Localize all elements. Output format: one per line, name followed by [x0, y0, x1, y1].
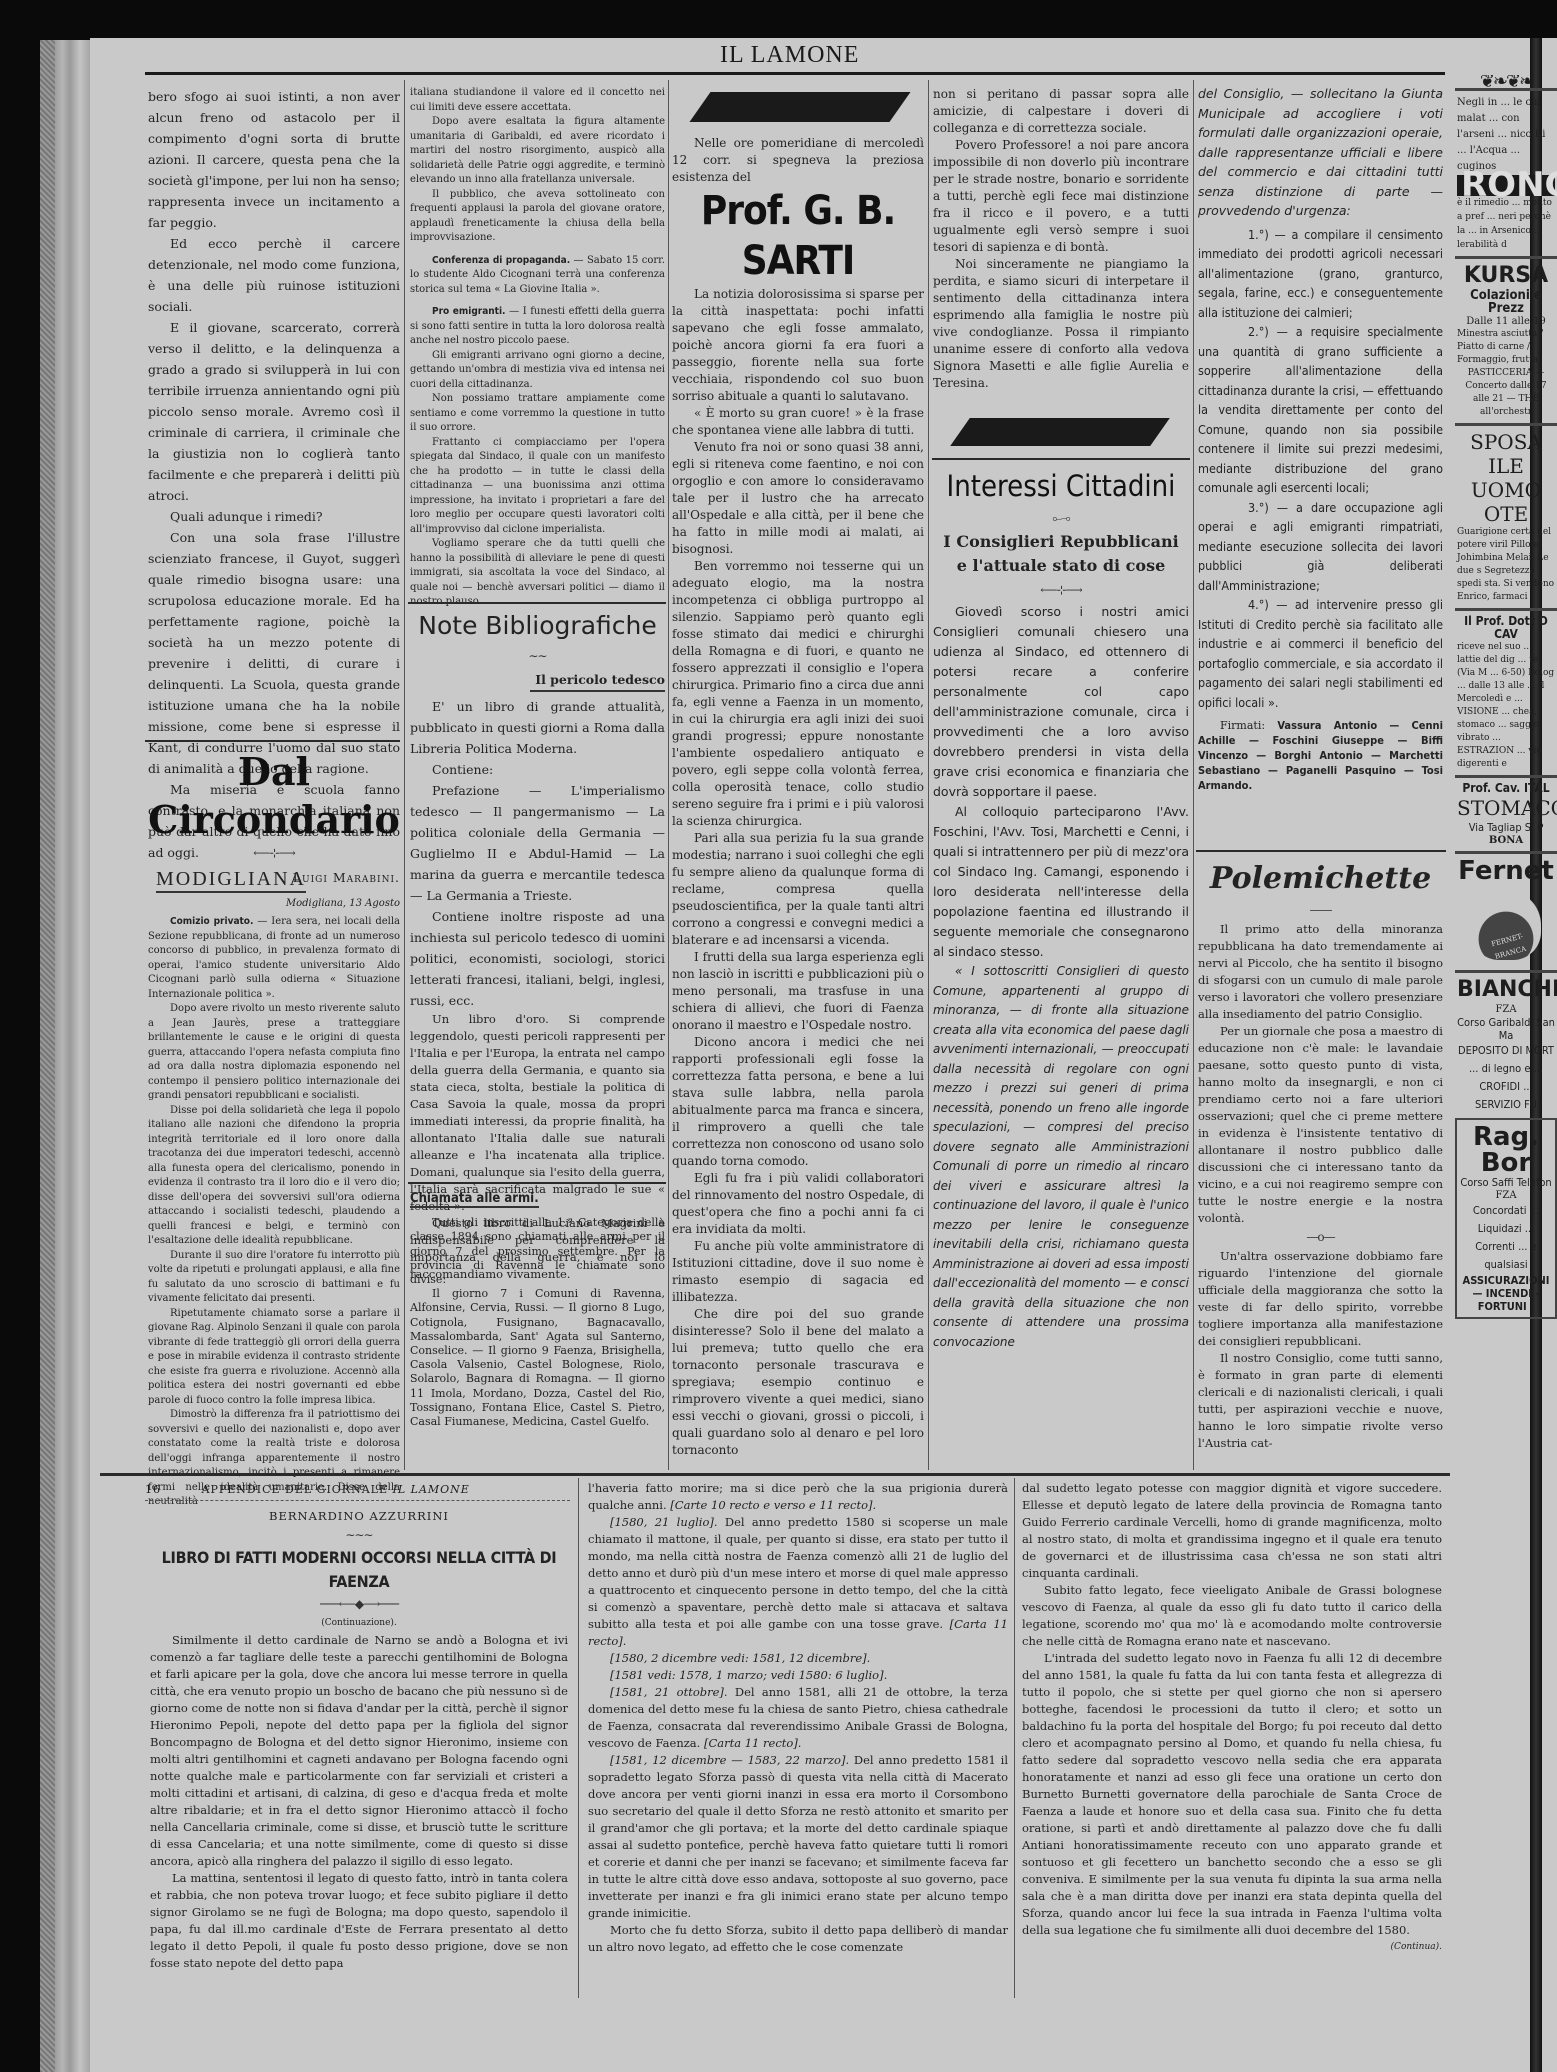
memorial-point: 1.°) — a compilare il censimento immedia…	[1198, 225, 1443, 323]
appendix-column-2: l'haveria fatto morire; ma si dice però …	[588, 1480, 1008, 1956]
ad-stomacotes: Prof. Cav. ITAL STOMACOTES Via Tagliap S…	[1455, 775, 1557, 851]
page-number: 16	[145, 1483, 161, 1496]
ad-line: Dalle 11 alle 19	[1457, 315, 1555, 328]
chronicle-entry: [1581, 21 ottobre]. Del anno 1581, alli …	[588, 1684, 1008, 1752]
paragraph: Disse poi della solidarietà che lega il …	[148, 1104, 400, 1249]
entry-date: [1580, 21 luglio].	[610, 1515, 718, 1529]
section-title: Chiamata alle armi.	[410, 1192, 539, 1208]
column-divider	[578, 1478, 579, 1998]
eagle-globe-icon: FERNET-BRANCA	[1471, 890, 1541, 960]
ad-fernet: Fernet FERNET-BRANCA	[1455, 851, 1557, 970]
paragraph: Dopo avere esaltata la figura altamente …	[410, 115, 665, 188]
section-title: Interessi Cittadini	[933, 466, 1189, 506]
paragraph: Comizio privato. — Iera sera, nei locali…	[148, 915, 400, 1002]
paragraph: Contiene inoltre risposte ad una inchies…	[410, 906, 665, 1011]
paragraph: Un libro d'oro. Si comprende leggendolo,…	[410, 1011, 665, 1215]
section-rule	[145, 740, 400, 742]
paragraph: l'haveria fatto morire; ma si dice però …	[588, 1480, 1008, 1514]
continua-label: (Continua).	[1022, 1939, 1442, 1956]
ad-subtitle: FZA	[1457, 1003, 1555, 1016]
ornament-header: ❦❧❦❧	[1455, 75, 1557, 88]
paragraph: Venuto fra noi or sono quasi 38 anni, eg…	[672, 439, 924, 558]
ad-body: Concordati ... Liquidazi ... Correnti ..…	[1459, 1202, 1553, 1274]
ad-subtitle: UOMO OTE	[1457, 478, 1555, 526]
ad-subtitle: FZA	[1459, 1189, 1553, 1202]
paragraph: Che dire poi del suo grande disinteresse…	[672, 1306, 924, 1459]
column-divider	[668, 80, 669, 1470]
paragraph: Nelle ore pomeridiane di mercoledì 12 co…	[672, 135, 924, 186]
interessi-section: Interessi Cittadini ⟜⊸ I Consiglieri Rep…	[933, 466, 1189, 1352]
entry-date: [1581, 21 ottobre].	[610, 1685, 728, 1699]
paragraph: Ripetutamente chiamato sorse a parlare i…	[148, 1307, 400, 1409]
mourning-ribbon	[950, 418, 1170, 446]
ad-sposa: SPOSA ILE UOMO OTE Guarigione certa del …	[1455, 423, 1557, 608]
ad-rag-bor: Rag. Bor Corso Saffi Telefon FZA Concord…	[1455, 1118, 1557, 1319]
paragraph: Conferenza di propaganda. — Sabato 15 co…	[410, 254, 665, 298]
paragraph: La notizia dolorosissima si sparse per l…	[672, 286, 924, 405]
ad-extra: ASSICURAZIONI — INCENDI - FORTUNI -	[1459, 1274, 1553, 1313]
appendix-paper-name: IL LAMONE	[393, 1483, 470, 1496]
paragraph: Il nostro Consiglio, come tutti sanno, è…	[1198, 1350, 1443, 1452]
appendix-header: 16 APPENDICE DEL GIORNALE IL LAMONE	[145, 1483, 585, 1496]
author: BERNARDINO AZZURRINI	[150, 1508, 568, 1525]
lead-in: Comizio privato.	[170, 916, 253, 927]
ad-extra: BONA	[1457, 834, 1555, 847]
paragraph: italiana studiandone il valore ed il con…	[410, 86, 665, 115]
obituary-name: Prof. G. B. SARTI	[672, 186, 924, 286]
paragraph: L'intrada del sudetto legato novo in Fae…	[1022, 1650, 1442, 1939]
ad-title: Rag. Bor	[1459, 1124, 1553, 1176]
separator: —o—	[1198, 1229, 1443, 1246]
section-subtitle: Il pericolo tedesco	[530, 669, 665, 692]
reference: [Carte 10 recto e verso e 11 recto].	[670, 1498, 876, 1512]
ad-body: Via Tagliap S. P	[1457, 821, 1555, 834]
header-rule	[145, 72, 1445, 75]
paragraph: I frutti della sua larga esperienza egli…	[672, 949, 924, 1034]
paragraph: Ben vorremmo noi tesserne qui un adeguat…	[672, 558, 924, 830]
paragraph: bero sfogo ai suoi istinti, a non aver a…	[148, 86, 400, 233]
appendix-header-rule	[145, 1500, 570, 1503]
entry-date: [1581 vedi: 1578, 1 marzo; vedi 1580: 6 …	[610, 1668, 887, 1682]
ad-title: KURSA	[1457, 263, 1555, 289]
paragraph: Quali adunque i rimedi?	[148, 506, 400, 527]
column-5-memorial: del Consiglio, — sollecitano la Giunta M…	[1198, 84, 1443, 793]
chiamata-section: Chiamata alle armi. Tutti gli inscritti …	[410, 1192, 665, 1429]
paragraph: Subito fatto legato, fece vieeligato Ani…	[1022, 1582, 1442, 1650]
chronicle-entry: Morto che fu detto Sforza, subito il det…	[588, 1922, 1008, 1956]
ornament: ⟵⊹⟶	[933, 580, 1189, 600]
chronicle-entry: [1580, 2 dicembre vedi: 1581, 12 dicembr…	[588, 1650, 1008, 1667]
appendix-column-3: dal sudetto legato potesse con maggior d…	[1022, 1480, 1442, 1956]
section-title: Dal Circondario	[148, 748, 400, 844]
entry-date: [1581, 12 dicembre — 1583, 22 marzo].	[610, 1753, 849, 1767]
appendix-column-1: BERNARDINO AZZURRINI ∼∼∼ LIBRO DI FATTI …	[150, 1508, 568, 1972]
section-title: Polemichette	[1198, 858, 1443, 900]
section-rule	[932, 458, 1190, 460]
paragraph-text: — Iera sera, nei locali della Sezione re…	[148, 916, 400, 1000]
ad-title: Prof. Cav. ITAL	[1457, 782, 1555, 795]
section-subtitle: e l'attuale stato di cose	[933, 554, 1189, 578]
reference: [Carta 11 recto].	[704, 1736, 802, 1750]
paragraph: Il pubblico, che aveva sottolineato con …	[410, 188, 665, 246]
ornament: ⟜⊸	[933, 508, 1189, 528]
binding-edge	[40, 40, 55, 2072]
masthead: IL LAMONE	[720, 42, 859, 69]
ad-line: Corso Garibaldi San Ma	[1457, 1016, 1555, 1042]
column-divider	[1193, 80, 1194, 1470]
lead-in: Conferenza di propaganda.	[432, 255, 570, 266]
dateline: Modigliana, 13 Agosto	[148, 897, 400, 912]
paragraph: Il primo atto della minoranza repubblica…	[1198, 921, 1443, 1023]
ad-line: Corso Saffi Telefon	[1459, 1176, 1553, 1189]
sarti-obituary: Nelle ore pomeridiane di mercoledì 12 co…	[672, 135, 924, 1459]
polemichette-section: Polemichette —— Il primo atto della mino…	[1198, 858, 1443, 1452]
section-subtitle: I Consiglieri Repubblicani	[933, 530, 1189, 554]
chronicle-entry: [1581, 12 dicembre — 1583, 22 marzo]. De…	[588, 1752, 1008, 1922]
section-title: Note Bibliografiche	[410, 608, 665, 644]
ad-extra: PASTICCERIA — Concerto dalle 17 alle 21 …	[1457, 367, 1555, 419]
chronicle-entry: [1581 vedi: 1578, 1 marzo; vedi 1580: 6 …	[588, 1667, 1008, 1684]
paragraph: Egli fu fra i più validi collaboratori d…	[672, 1170, 924, 1238]
paragraph: Contiene:	[410, 759, 665, 780]
paragraph: dal sudetto legato potesse con maggior d…	[1022, 1480, 1442, 1582]
paragraph: Al colloquio parteciparono l'Avv. Foschi…	[933, 802, 1189, 962]
paragraph: Fu anche più volte amministratore di Ist…	[672, 1238, 924, 1306]
column-divider	[404, 80, 405, 1470]
memorial-point: 3.°) — a dare occupazione agli operai e …	[1198, 498, 1443, 596]
paragraph: Povero Professore! a noi pare ancora imp…	[933, 137, 1189, 256]
serial-title: LIBRO DI FATTI MODERNI OCCORSI NELLA CIT…	[150, 1546, 568, 1594]
paragraph: Dicono ancora i medici che nei rapporti …	[672, 1034, 924, 1170]
ad-title: Fernet	[1457, 858, 1555, 884]
ad-title: RONG	[1457, 175, 1555, 196]
paragraph: Non possiamo trattare ampiamente come se…	[410, 392, 665, 436]
paragraph: Il giorno 7 i Comuni di Ravenna, Alfonsi…	[410, 1287, 665, 1429]
ad-title: BIANCHI	[1457, 977, 1555, 1003]
town-heading: MODIGLIANA	[156, 867, 306, 893]
ad-subtitle: Colazioni e Prezz	[1457, 289, 1555, 315]
paragraph: Un'altra osservazione dobbiamo fare rigu…	[1198, 1248, 1443, 1350]
memorial-point: 4.°) — ad intervenire presso gli Istitut…	[1198, 595, 1443, 712]
memorial-point: 2.°) — a requisire specialmente una quan…	[1198, 322, 1443, 498]
ad-subtitle: STOMACOTES	[1457, 795, 1555, 821]
entry-date: [1580, 2 dicembre vedi: 1581, 12 dicembr…	[610, 1651, 870, 1665]
ad-body: Minestra asciutta / Piatto di carne / Fo…	[1457, 328, 1555, 367]
paragraph: Ed ecco perchè il carcere detenzionale, …	[148, 233, 400, 317]
column-divider	[928, 80, 929, 1470]
ad-kursaal: KURSA Colazioni e Prezz Dalle 11 alle 19…	[1455, 256, 1557, 423]
paragraph: Pari alla sua perizia fu la sua grande m…	[672, 830, 924, 949]
ad-title: Il Prof. Dott O CAV	[1457, 615, 1555, 641]
paragraph: Noi sinceramente ne piangiamo la perdita…	[933, 256, 1189, 392]
paragraph: Vogliamo sperare che da tutti quelli che…	[410, 537, 665, 610]
paragraph: Prefazione — L'imperialismo tedesco — Il…	[410, 780, 665, 906]
paragraph: Gli emigranti arrivano ogni giorno a dec…	[410, 349, 665, 393]
paragraph: Frattanto ci compiacciamo per l'opera sp…	[410, 436, 665, 538]
memorial-text: del Consiglio, — sollecitano la Giunta M…	[1198, 84, 1443, 221]
section-rule	[1196, 850, 1446, 852]
lead-in: Pro emigranti.	[432, 306, 505, 317]
continuation: (Continuazione).	[150, 1615, 568, 1632]
appendix-label: APPENDICE DEL GIORNALE	[202, 1483, 389, 1496]
section-rule	[408, 1182, 666, 1184]
ad-rong: Negli in ... le cui malat ... con l'arse…	[1455, 88, 1557, 256]
ad-body: Guarigione certa del potere viril Pillol…	[1457, 526, 1555, 604]
section-rule	[408, 602, 666, 604]
sarti-continued: non si peritano di passar sopra alle ami…	[933, 86, 1189, 392]
ad-text: Negli in ... le cui malat ... con l'arse…	[1457, 95, 1555, 175]
paragraph: Tutti gli inscritti alla 1.ª Categoria d…	[410, 1216, 665, 1287]
paragraph: Dopo avere rivolto un mesto riverente sa…	[148, 1002, 400, 1104]
memorial-text: « I sottoscritti Consiglieri di questo C…	[933, 962, 1189, 1352]
ornament: ∼∼	[410, 646, 665, 667]
paragraph: E' un libro di grande attualità, pubblic…	[410, 696, 665, 759]
appendix-rule	[100, 1473, 1450, 1476]
paragraph: « È morto su gran cuore! » è la frase ch…	[672, 405, 924, 439]
paragraph: Per un giornale che posa a maestro di ed…	[1198, 1023, 1443, 1227]
ad-title: SPOSA ILE	[1457, 430, 1555, 478]
advertisements-column: ❦❧❦❧ Negli in ... le cui malat ... con l…	[1455, 75, 1557, 2072]
chronicle-entry: [1580, 21 luglio]. Del anno predetto 158…	[588, 1514, 1008, 1650]
ad-prof-dott: Il Prof. Dott O CAV riceve nel suo ... l…	[1455, 608, 1557, 775]
paragraph: Giovedì scorso i nostri amici Consiglier…	[933, 602, 1189, 802]
entry-text: Del anno predetto 1580 si scoperse un ma…	[588, 1515, 1008, 1631]
ornament: ——	[1198, 902, 1443, 919]
ad-body: DEPOSITO DI MORT ... di legno e ... CROF…	[1457, 1042, 1555, 1114]
ornament: ⟵⊹⟶	[148, 846, 400, 861]
signatories: Firmati: Vassura Antonio — Cenni Achille…	[1198, 718, 1443, 793]
ornament: ∼∼∼	[150, 1527, 568, 1544]
circondario-section: Dal Circondario ⟵⊹⟶ MODIGLIANA Modiglian…	[148, 748, 400, 1510]
paragraph: Similmente il detto cardinale de Narno s…	[150, 1632, 568, 1870]
ad-bianchi: BIANCHI FZA Corso Garibaldi San Ma DEPOS…	[1455, 970, 1557, 1118]
ornament: ───⟵◆⟶───	[150, 1596, 568, 1613]
ad-body: riceve nel suo ... lattie del dig ... te…	[1457, 641, 1555, 771]
paragraph: Durante il suo dire l'oratore fu interro…	[148, 1249, 400, 1307]
ad-body: FERNET-BRANCA	[1475, 926, 1544, 968]
column-divider	[1014, 1478, 1015, 1998]
paragraph: La mattina, sententosi il legato di ques…	[150, 1870, 568, 1972]
column-2-news: italiana studiandone il valore ed il con…	[410, 86, 665, 610]
paragraph: non si peritano di passar sopra alle ami…	[933, 86, 1189, 137]
signed-label: Firmati:	[1220, 719, 1265, 732]
ad-body: è il rimedio ... mento a pref ... neri p…	[1457, 196, 1555, 252]
mourning-ribbon	[689, 92, 910, 122]
paragraph: Pro emigranti. — I funesti effetti della…	[410, 305, 665, 349]
entry-text: Del anno predetto 1581 il sopradetto leg…	[588, 1753, 1008, 1920]
paragraph: E il giovane, scarcerato, correrà verso …	[148, 317, 400, 506]
